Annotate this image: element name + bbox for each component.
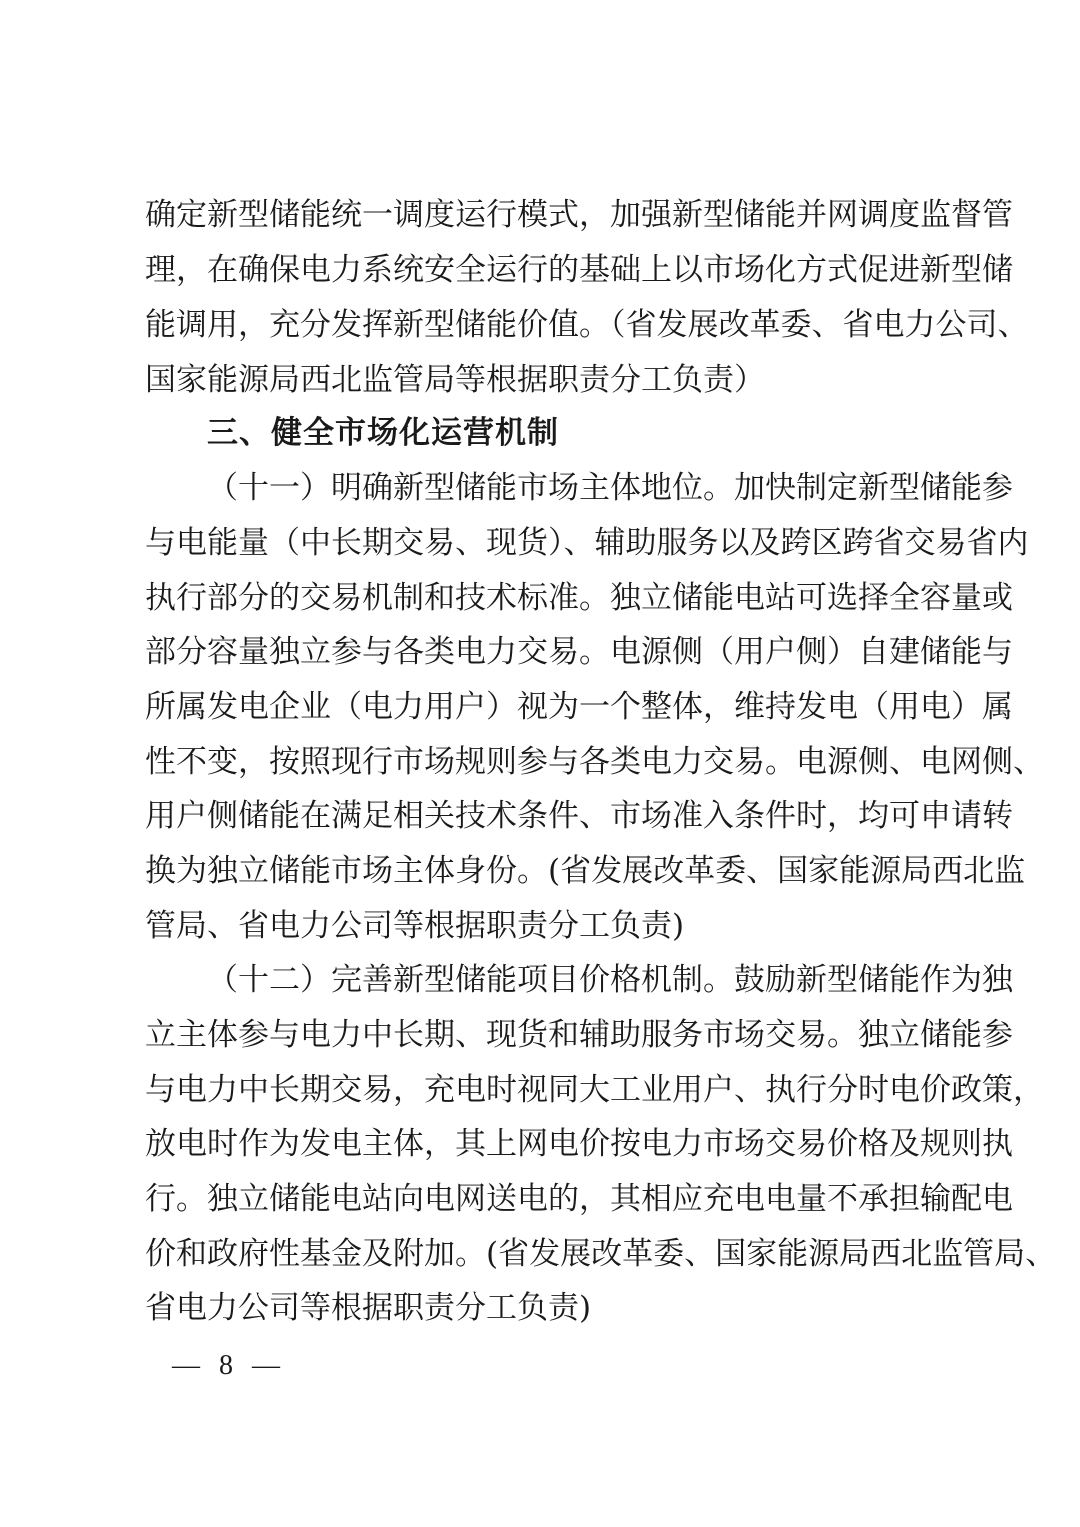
paragraph-line: 价和政府性基金及附加。(省发展改革委、国家能源局西北监管局、: [145, 1234, 950, 1274]
document-page: 确定新型储能统一调度运行模式，加强新型储能并网调度监督管 理，在确保电力系统安全…: [0, 0, 1080, 1527]
paragraph-line: 管局、省电力公司等根据职责分工负责): [145, 906, 950, 946]
paragraph-line: 部分容量独立参与各类电力交易。电源侧（用户侧）自建储能与: [145, 632, 950, 672]
paragraph-line: （十二）完善新型储能项目价格机制。鼓励新型储能作为独: [207, 960, 950, 1000]
paragraph-line: 立主体参与电力中长期、现货和辅助服务市场交易。独立储能参: [145, 1015, 950, 1055]
paragraph-line: 换为独立储能市场主体身份。(省发展改革委、国家能源局西北监: [145, 851, 950, 891]
paragraph-line: 与电力中长期交易，充电时视同大工业用户、执行分时电价政策，: [145, 1070, 950, 1110]
paragraph-line: 所属发电企业（电力用户）视为一个整体，维持发电（用电）属: [145, 687, 950, 727]
paragraph-line: 省电力公司等根据职责分工负责): [145, 1288, 950, 1328]
paragraph-line: 确定新型储能统一调度运行模式，加强新型储能并网调度监督管: [145, 195, 950, 235]
paragraph-line: 能调用，充分发挥新型储能价值。（省发展改革委、省电力公司、: [145, 305, 950, 345]
section-heading: 三、健全市场化运营机制: [207, 413, 559, 453]
paragraph-line: 性不变，按照现行市场规则参与各类电力交易。电源侧、电网侧、: [145, 742, 950, 782]
paragraph-line: 国家能源局西北监管局等根据职责分工负责）: [145, 360, 950, 400]
paragraph-line: 与电能量（中长期交易、现货）、辅助服务以及跨区跨省交易省内: [145, 523, 950, 563]
paragraph-line: 执行部分的交易机制和技术标准。独立储能电站可选择全容量或: [145, 578, 950, 618]
paragraph-line: （十一）明确新型储能市场主体地位。加快制定新型储能参: [207, 468, 950, 508]
paragraph-line: 用户侧储能在满足相关技术条件、市场准入条件时，均可申请转: [145, 796, 950, 836]
page-number: — 8 —: [172, 1348, 286, 1384]
paragraph-line: 行。独立储能电站向电网送电的，其相应充电电量不承担输配电: [145, 1179, 950, 1219]
paragraph-line: 放电时作为发电主体，其上网电价按电力市场交易价格及规则执: [145, 1124, 950, 1164]
paragraph-line: 理，在确保电力系统安全运行的基础上以市场化方式促进新型储: [145, 250, 950, 290]
